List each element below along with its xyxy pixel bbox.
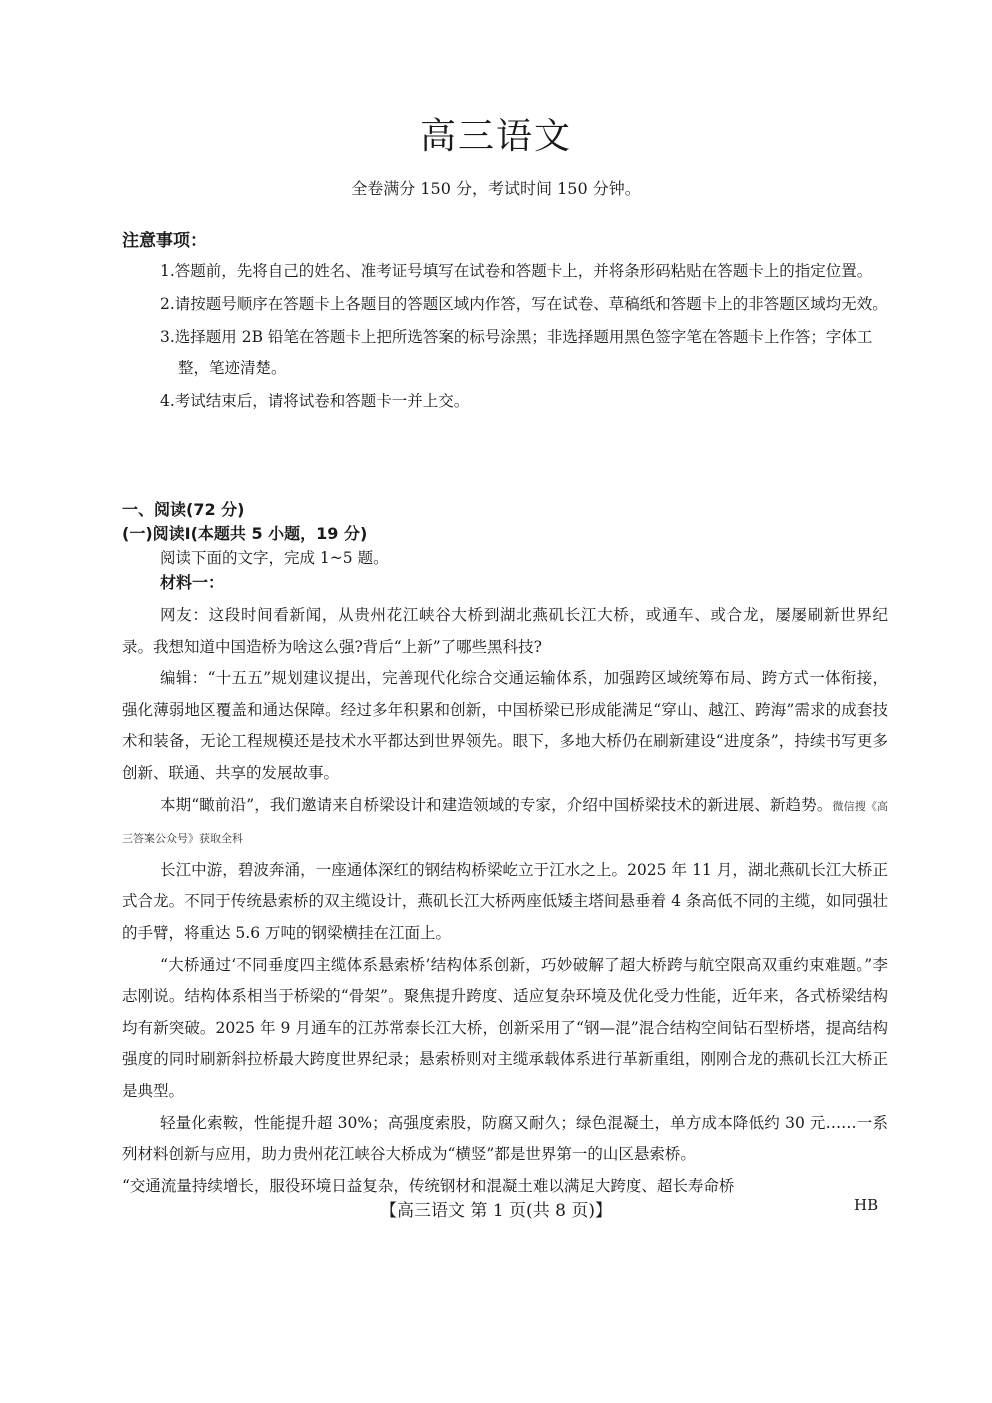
section-heading: 一、阅读(72 分) bbox=[122, 498, 892, 522]
notice-item: 1.答题前，先将自己的姓名、准考证号填写在试卷和答题卡上，并将条形码粘贴在答题卡… bbox=[160, 256, 892, 287]
passage-paragraph: 长江中游，碧波奔涌，一座通体深红的钢结构桥梁屹立于江水之上。2025 年 11 … bbox=[122, 855, 888, 950]
passage-paragraph: 轻量化索鞍，性能提升超 30%；高强度索股，防腐又耐久；绿色混凝土，单方成本降低… bbox=[122, 1108, 888, 1171]
passage-paragraph: “大桥通过‘不同垂度四主缆体系悬索桥’结构体系创新，巧妙破解了超大桥跨与航空限高… bbox=[122, 950, 888, 1108]
notice-item: 3.选择题用 2B 铅笔在答题卡上把所选答案的标号涂黑；非选择题用黑色签字笔在答… bbox=[160, 322, 892, 384]
page-footer: 【高三语文 第 1 页(共 8 页)】 bbox=[0, 1196, 992, 1221]
notice-item: 2.请按题号顺序在答题卡上各题目的答题区域内作答，写在试卷、草稿纸和答题卡上的非… bbox=[160, 289, 892, 320]
section-subheading: (一)阅读Ⅰ(本题共 5 小题，19 分) bbox=[122, 522, 892, 546]
paragraph-text: 本期“瞰前沿”，我们邀请来自桥梁设计和建造领域的专家，介绍中国桥梁技术的新进展、… bbox=[160, 796, 832, 814]
passage-paragraph: 网友：这段时间看新闻，从贵州花江峡谷大桥到湖北燕矶长江大桥，或通车、或合龙，屡屡… bbox=[122, 600, 888, 663]
exam-title: 高三语文 bbox=[0, 108, 992, 159]
passage-paragraph: 编辑：“十五五”规划建议提出，完善现代化综合交通运输体系，加强跨区域统筹布局、跨… bbox=[122, 663, 888, 789]
reading-section: 一、阅读(72 分) (一)阅读Ⅰ(本题共 5 小题，19 分) 阅读下面的文字… bbox=[122, 498, 892, 596]
notice-list: 1.答题前，先将自己的姓名、准考证号填写在试卷和答题卡上，并将条形码粘贴在答题卡… bbox=[160, 256, 892, 419]
notice-item: 4.考试结束后，请将试卷和答题卡一并上交。 bbox=[160, 386, 892, 417]
notice-heading: 注意事项： bbox=[122, 226, 207, 251]
exam-subtitle: 全卷满分 150 分，考试时间 150 分钟。 bbox=[0, 176, 992, 199]
passage-paragraph: 本期“瞰前沿”，我们邀请来自桥梁设计和建造领域的专家，介绍中国桥梁技术的新进展、… bbox=[122, 790, 888, 855]
material-label: 材料一： bbox=[122, 570, 892, 596]
section-instruction: 阅读下面的文字，完成 1~5 题。 bbox=[122, 546, 892, 570]
passage-body: 网友：这段时间看新闻，从贵州花江峡谷大桥到湖北燕矶长江大桥，或通车、或合龙，屡屡… bbox=[122, 600, 888, 1202]
footer-code: HB bbox=[854, 1196, 878, 1214]
